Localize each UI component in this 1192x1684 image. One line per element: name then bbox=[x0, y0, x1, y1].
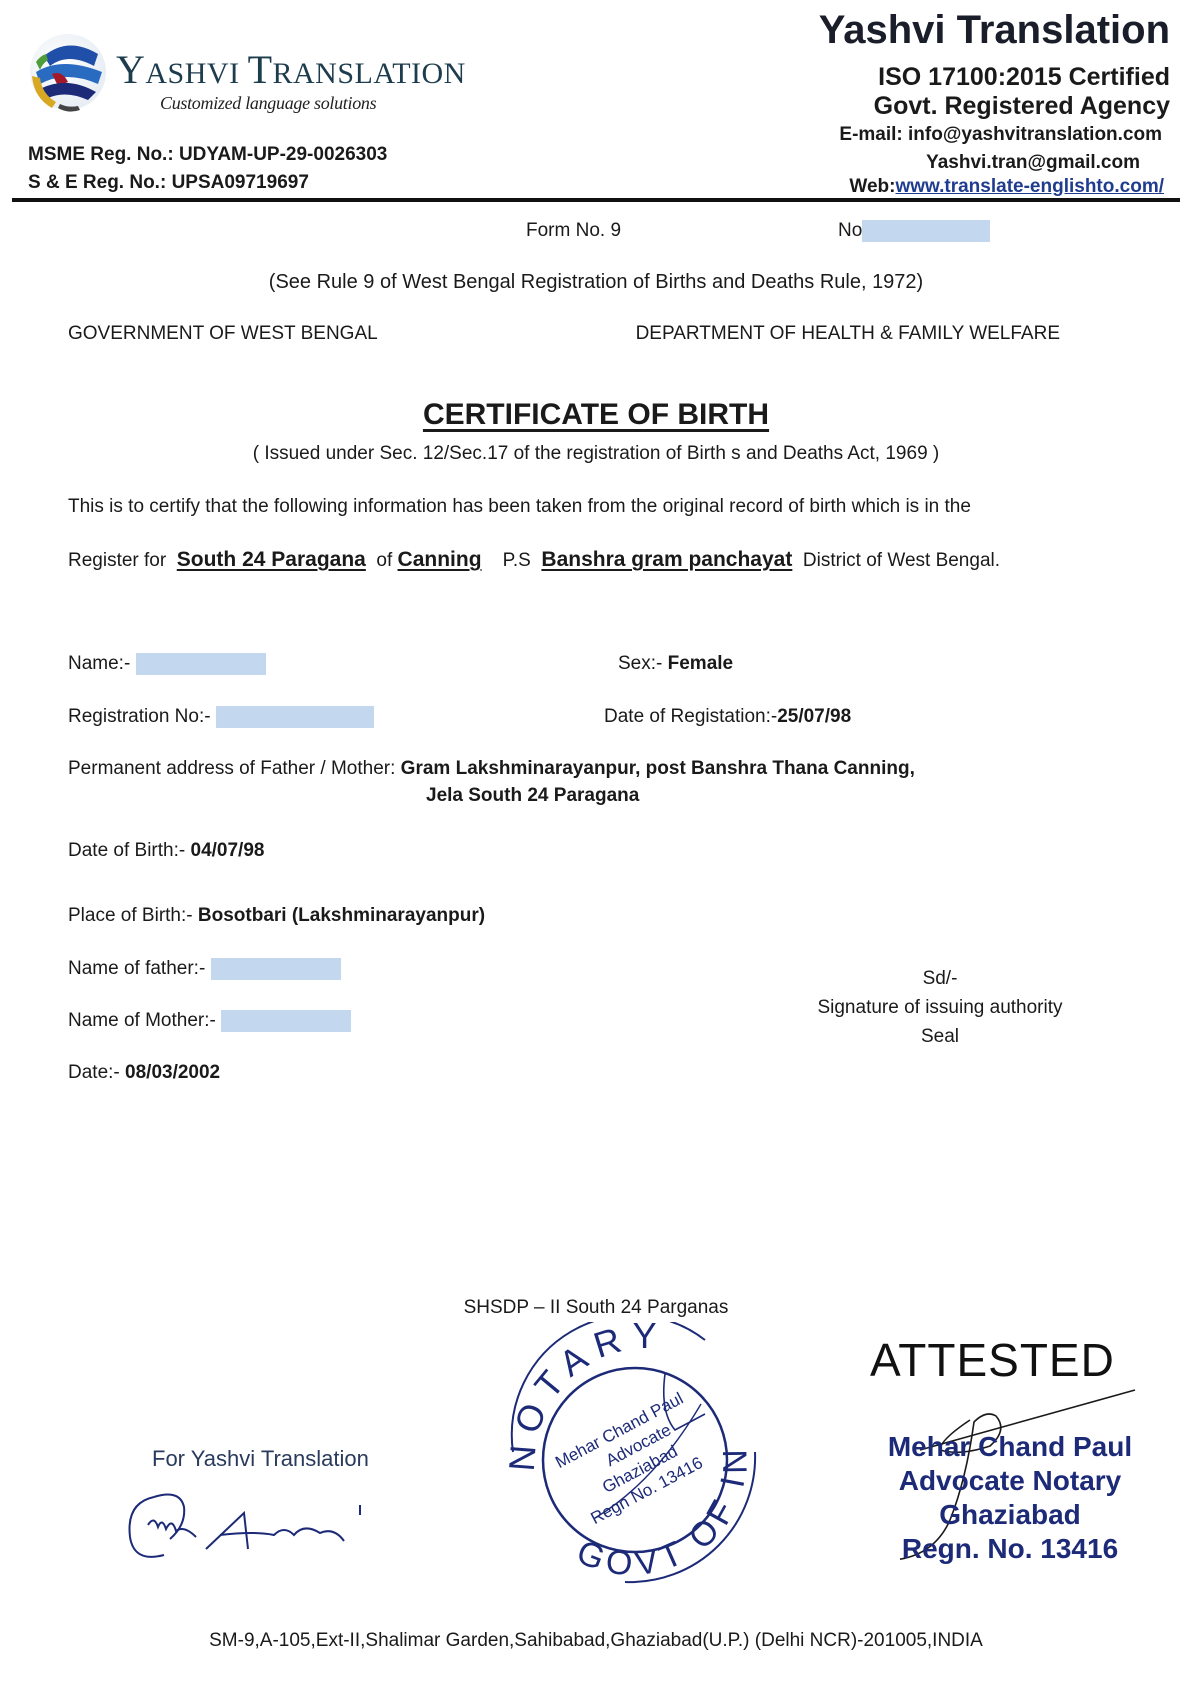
certificate-number-label: No bbox=[838, 220, 862, 241]
logo-tagline: Customized language solutions bbox=[160, 93, 376, 114]
iso-certification: ISO 17100:2015 Certified bbox=[878, 63, 1170, 92]
signature-label: Signature of issuing authority bbox=[740, 993, 1140, 1022]
rule-reference: (See Rule 9 of West Bengal Registration … bbox=[0, 271, 1192, 294]
brand-title: Yashvi Translation bbox=[819, 8, 1170, 53]
notary-seal: NOTARY GOVT OF INDIA Mehar Chand Paul Ad… bbox=[505, 1322, 765, 1592]
translator-signature bbox=[124, 1485, 424, 1565]
sd-text: Sd/- bbox=[740, 964, 1140, 993]
registration-number-field: Registration No:- bbox=[68, 706, 374, 728]
of-label: of bbox=[376, 550, 392, 571]
email-secondary[interactable]: Yashvi.tran@gmail.com bbox=[926, 152, 1140, 174]
date-of-birth-field: Date of Birth:- 04/07/98 bbox=[68, 840, 264, 862]
logo-rest-ranslation: RANSLATION bbox=[273, 57, 466, 90]
certificate-title: CERTIFICATE OF BIRTH bbox=[0, 398, 1192, 432]
email-primary: E-mail: info@yashvitranslation.com bbox=[839, 124, 1162, 146]
govt-registered: Govt. Registered Agency bbox=[874, 92, 1170, 121]
attested-stamp-details: Mehar Chand Paul Advocate Notary Ghaziab… bbox=[880, 1430, 1140, 1566]
footer-address: SM-9,A-105,Ext-II,Shalimar Garden,Sahiba… bbox=[0, 1630, 1192, 1652]
redacted-certificate-number bbox=[862, 220, 990, 242]
register-panchayat: Banshra gram panchayat bbox=[541, 548, 792, 571]
attested-line-1: Mehar Chand Paul bbox=[880, 1430, 1140, 1464]
register-place: Canning bbox=[398, 548, 482, 571]
certificate-number: No bbox=[838, 220, 990, 242]
se-reg-number: S & E Reg. No.: UPSA09719697 bbox=[28, 172, 309, 194]
father-name-label: Name of father:- bbox=[68, 958, 205, 979]
sex-label: Sex:- bbox=[618, 653, 668, 674]
address-label: Permanent address of Father / Mother: bbox=[68, 758, 401, 779]
shsdp-label: SHSDP – II South 24 Parganas bbox=[0, 1297, 1192, 1319]
seal-label: Seal bbox=[740, 1022, 1140, 1051]
msme-reg-number: MSME Reg. No.: UDYAM-UP-29-0026303 bbox=[28, 144, 387, 166]
header-divider bbox=[12, 198, 1180, 202]
father-name-field: Name of father:- bbox=[68, 958, 341, 980]
attested-line-2: Advocate Notary bbox=[880, 1464, 1140, 1498]
name-field: Name:- bbox=[68, 653, 266, 675]
mother-name-field: Name of Mother:- bbox=[68, 1010, 351, 1032]
email-link-primary[interactable]: info@yashvitranslation.com bbox=[908, 124, 1162, 145]
redacted-father-name bbox=[211, 958, 341, 980]
department-label: DEPARTMENT OF HEALTH & FAMILY WELFARE bbox=[636, 323, 1060, 345]
district-suffix: District of West Bengal. bbox=[803, 550, 1000, 571]
issue-date-label: Date:- bbox=[68, 1062, 125, 1083]
website: Web:www.translate-englishto.com/ bbox=[849, 176, 1164, 198]
registration-date-label: Date of Registation:- bbox=[604, 706, 777, 727]
place-of-birth-label: Place of Birth:- bbox=[68, 905, 198, 926]
address-field: Permanent address of Father / Mother: Gr… bbox=[68, 758, 915, 780]
mother-name-label: Name of Mother:- bbox=[68, 1010, 216, 1031]
attested-line-3: Ghaziabad bbox=[880, 1498, 1140, 1532]
redacted-name bbox=[136, 653, 266, 675]
ps-label: P.S bbox=[503, 550, 531, 571]
issue-date-field: Date:- 08/03/2002 bbox=[68, 1062, 220, 1084]
certify-statement: This is to certify that the following in… bbox=[68, 496, 971, 518]
logo-initial-t: T bbox=[248, 47, 273, 92]
logo-wordmark: YASHVI TRANSLATION bbox=[116, 46, 466, 93]
registration-number-label: Registration No:- bbox=[68, 706, 211, 727]
certificate-title-text: CERTIFICATE OF BIRTH bbox=[423, 398, 769, 431]
sex-field: Sex:- Female bbox=[618, 653, 733, 675]
date-of-birth-label: Date of Birth:- bbox=[68, 840, 191, 861]
place-of-birth-field: Place of Birth:- Bosotbari (Lakshminaray… bbox=[68, 905, 485, 927]
date-of-birth-value: 04/07/98 bbox=[191, 840, 265, 861]
register-district: South 24 Paragana bbox=[177, 548, 366, 571]
address-line-2: Jela South 24 Paragana bbox=[426, 785, 639, 807]
issuing-authority-block: Sd/- Signature of issuing authority Seal bbox=[740, 964, 1140, 1051]
address-line-1: Gram Lakshminarayanpur, post Banshra Tha… bbox=[401, 758, 915, 779]
form-number: Form No. 9 bbox=[526, 220, 621, 242]
email-label: E-mail: bbox=[839, 124, 908, 145]
issue-date-value: 08/03/2002 bbox=[125, 1062, 220, 1083]
website-link[interactable]: www.translate-englishto.com/ bbox=[895, 176, 1164, 197]
place-of-birth-value: Bosotbari (Lakshminarayanpur) bbox=[198, 905, 485, 926]
name-label: Name:- bbox=[68, 653, 130, 674]
redacted-mother-name bbox=[221, 1010, 351, 1032]
attested-line-4: Regn. No. 13416 bbox=[880, 1532, 1140, 1566]
sex-value: Female bbox=[668, 653, 733, 674]
issued-under: ( Issued under Sec. 12/Sec.17 of the reg… bbox=[0, 443, 1192, 465]
globe-logo-icon bbox=[22, 26, 114, 118]
register-for-label: Register for bbox=[68, 550, 166, 571]
registration-date-field: Date of Registation:-25/07/98 bbox=[604, 706, 851, 728]
registration-date-value: 25/07/98 bbox=[777, 706, 851, 727]
redacted-registration-number bbox=[216, 706, 374, 728]
logo-initial-y: Y bbox=[116, 47, 145, 92]
government-label: GOVERNMENT OF WEST BENGAL bbox=[68, 323, 378, 345]
logo-rest-ashvi: ASHVI bbox=[145, 57, 247, 90]
for-yashvi-translation: For Yashvi Translation bbox=[152, 1446, 369, 1472]
web-label: Web: bbox=[849, 176, 895, 197]
register-line: Register for South 24 Paragana of Cannin… bbox=[68, 548, 1000, 572]
